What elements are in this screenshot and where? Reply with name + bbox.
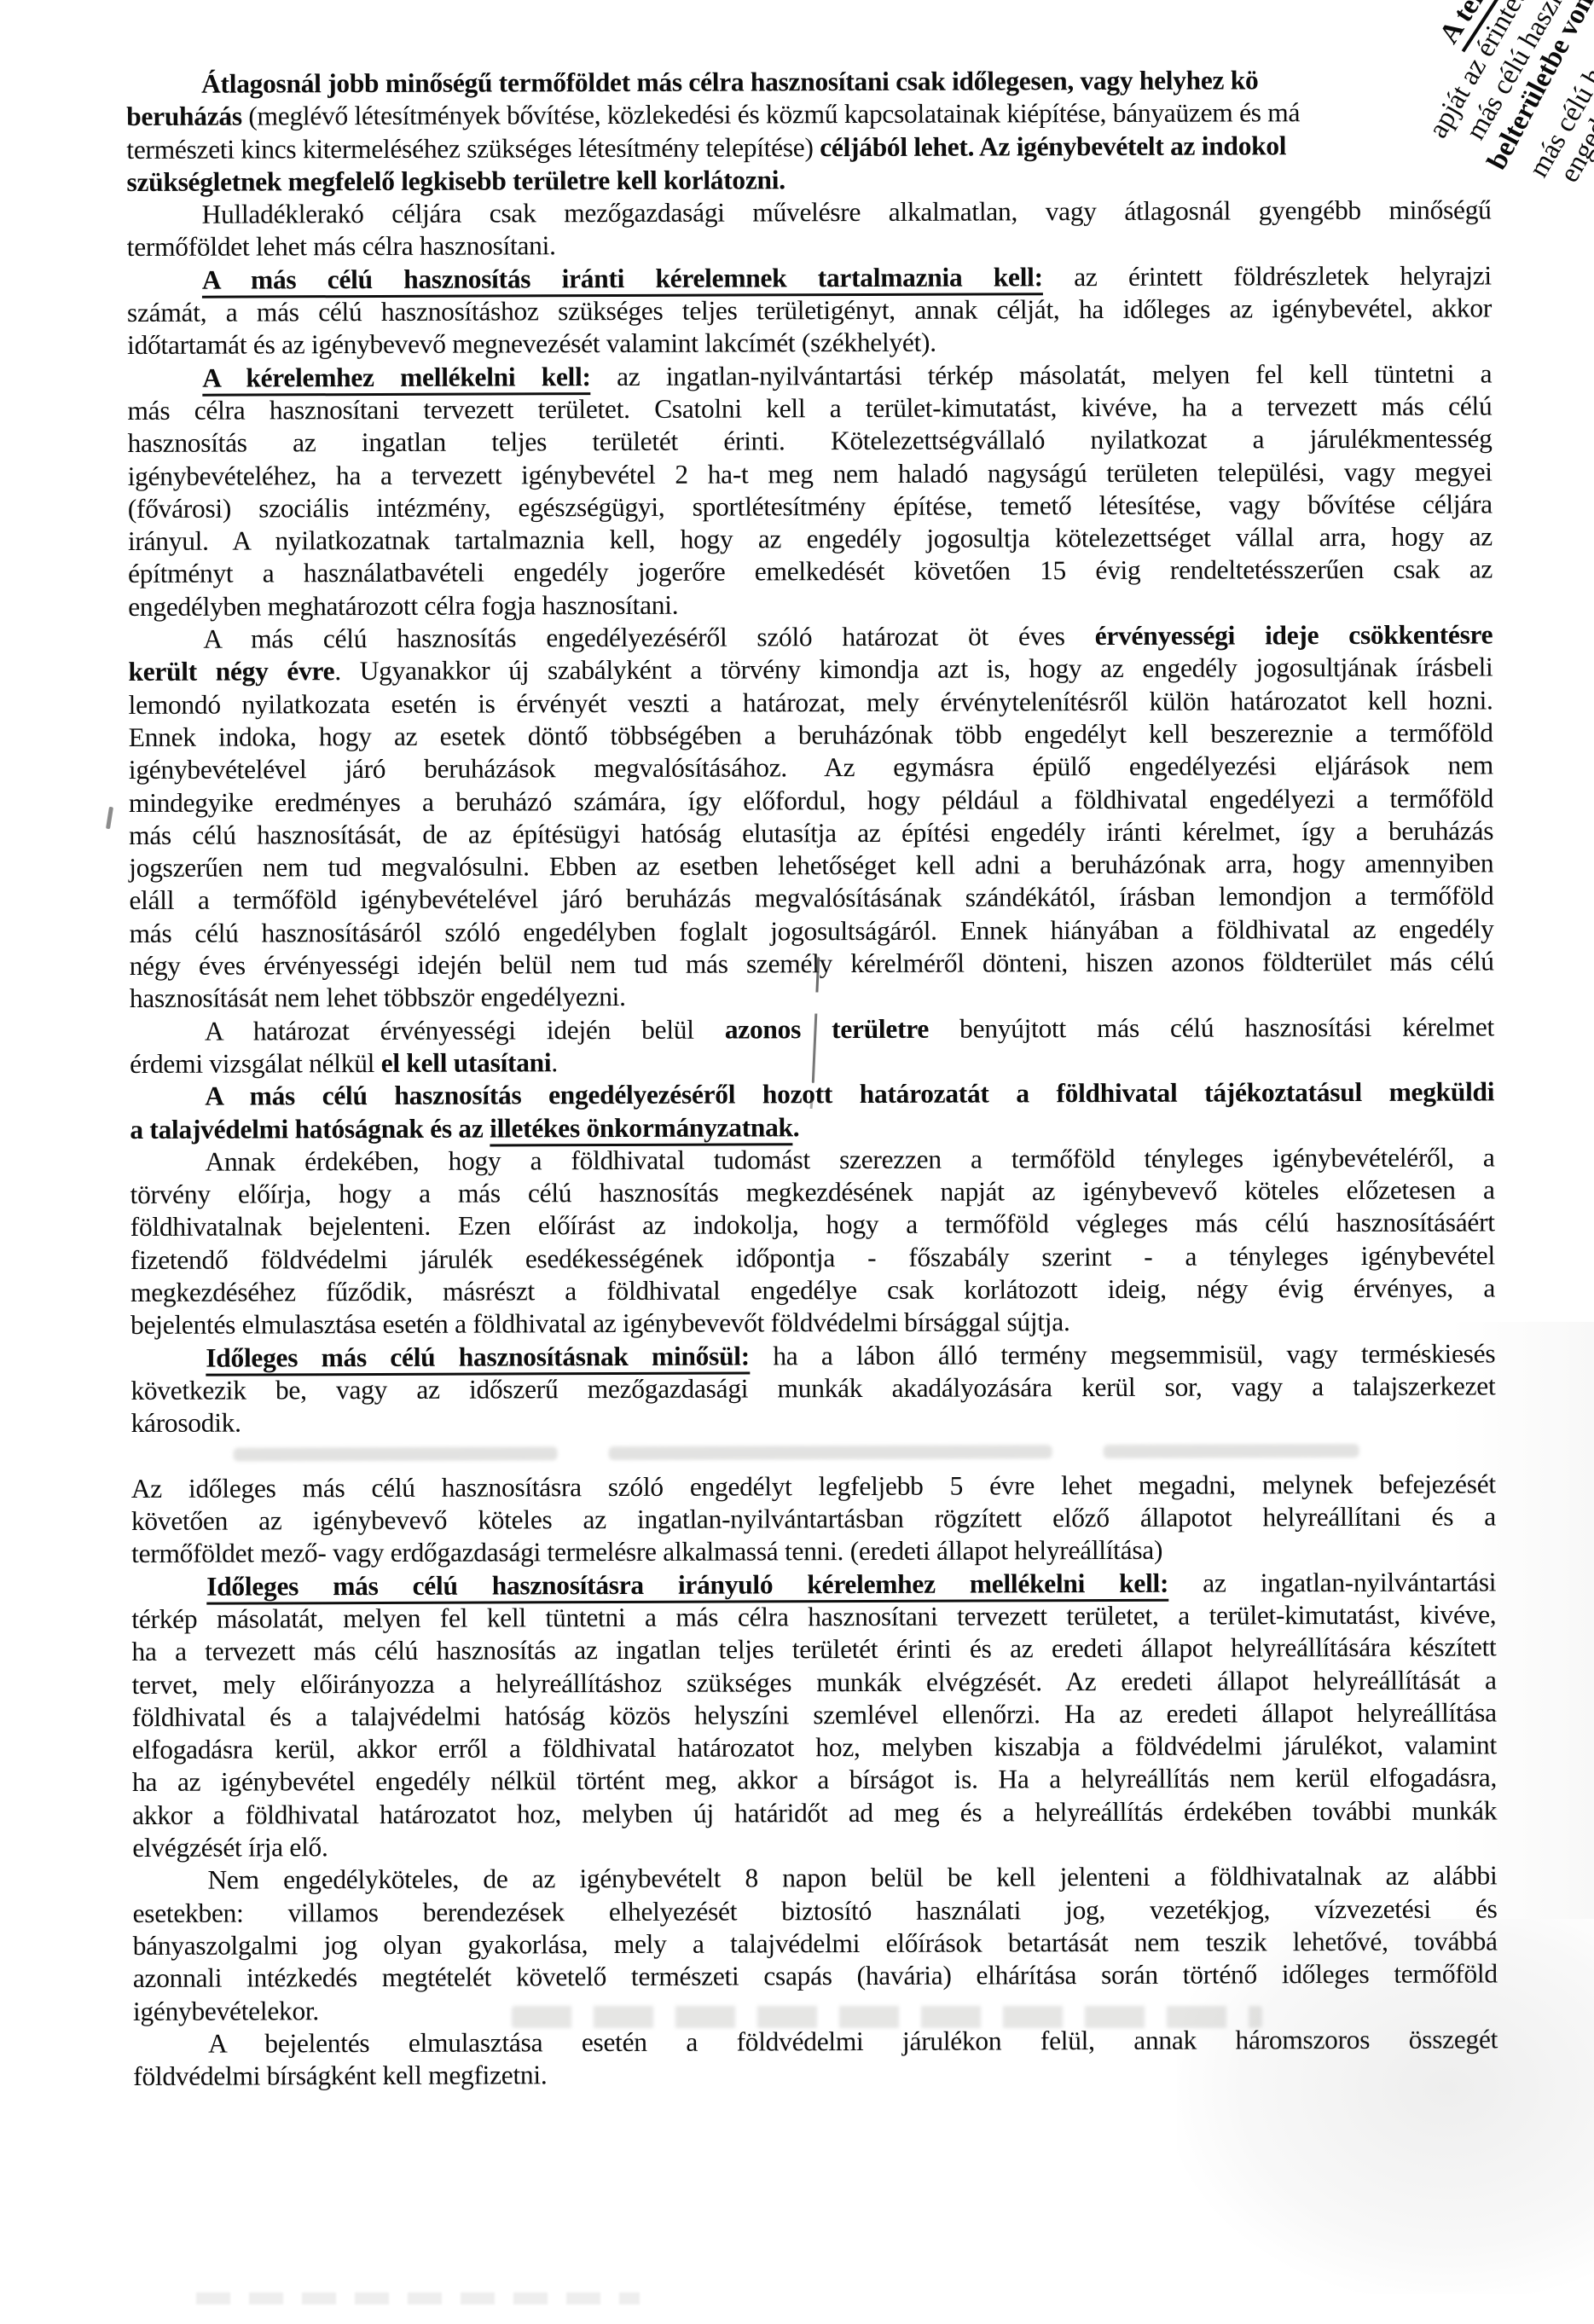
text-run: (fővárosi) szociális intézmény, egészség…	[128, 489, 1493, 524]
text-line: ha az igénybevétel engedély nélkül törté…	[132, 1762, 1497, 1800]
text-line: igénybevételéhez, ha a tervezett igénybe…	[128, 455, 1493, 493]
text-run: . Ugyanakkor új szabályként a törvény ki…	[334, 652, 1493, 687]
text-run: más célú hasznosítását, de az építésügyi…	[129, 815, 1493, 850]
text-run: .	[551, 1047, 558, 1077]
text-run: A más célú hasznosítás engedélyezéséről …	[203, 621, 1094, 654]
text-run: más célú hasznosításáról szóló engedélyb…	[129, 913, 1493, 948]
text-run: Átlagosnál jobb minőségű termőföldet más…	[201, 65, 1259, 98]
text-line: Az időleges más célú hasznosításra szóló…	[131, 1468, 1496, 1505]
text-run: tervet, mely előirányozza a helyreállítá…	[132, 1665, 1497, 1700]
text-line: számát, a más célú hasznosításhoz szüksé…	[127, 292, 1492, 329]
text-line: károsodik.	[130, 1403, 1495, 1440]
text-run: hasznosítás az ingatlan teljes területét…	[127, 424, 1492, 459]
text-line: lemondó nyilatkozata esetén is érvényét …	[129, 684, 1493, 722]
ghost-bar	[1104, 1444, 1359, 1458]
text-run: került négy évre	[128, 656, 334, 687]
text-line: szükségletnek megfelelő legkisebb terüle…	[126, 161, 1491, 199]
text-line: termőföldet lehet más célra hasznosítani…	[127, 227, 1492, 264]
rotated-fragment: engedé	[1554, 103, 1594, 188]
text-line: elfogadásra kerül, akkor erről a földhiv…	[132, 1730, 1497, 1767]
ghost-text-artifact	[512, 2006, 1262, 2028]
text-run: bejelentés elmulasztása esetén a földhiv…	[130, 1307, 1069, 1340]
text-line: más célra hasznosítani tervezett terület…	[127, 390, 1492, 427]
text-run: időtartamát és az igénybevevő megnevezés…	[127, 327, 936, 360]
text-run: az ingatlan-nyilvántartási	[1168, 1567, 1496, 1597]
text-run: követően az igénybevevő köteles az ingat…	[131, 1501, 1496, 1536]
text-run: érvényességi ideje csökkentésre	[1095, 619, 1493, 651]
text-run: Annak érdekében, hogy a földhivatal tudo…	[205, 1142, 1494, 1176]
text-run: A más célú hasznosítás iránti kérelemnek…	[202, 262, 1043, 298]
text-line: ha a tervezett más célú hasznosítás az i…	[131, 1631, 1496, 1669]
ghost-bar	[609, 1446, 1052, 1461]
text-run: az ingatlan-nyilvántartási térkép másola…	[591, 358, 1493, 391]
text-line: Időleges más célú hasznosításra irányuló…	[131, 1566, 1496, 1603]
text-line: a talajvédelmi hatóságnak és az illetéke…	[130, 1109, 1494, 1146]
text-run: mindegyike eredményes a beruházó számára…	[129, 783, 1493, 818]
text-line: beruházás (meglévő létesítmények bővítés…	[126, 96, 1491, 134]
text-run: földvédelmi bírságként kell megfizetni.	[133, 2060, 547, 2091]
text-run: illetékes önkormányzatnak	[490, 1112, 793, 1146]
text-run: törvény előírja, hogy a más célú hasznos…	[130, 1175, 1495, 1210]
text-run: igénybevételekor.	[133, 1996, 319, 2026]
text-line: más célú hasznosítását, de az építésügyi…	[129, 814, 1493, 852]
text-run: Ennek indoka, hogy az esetek döntő többs…	[129, 717, 1493, 752]
text-line: építményt a használatbavételi engedély j…	[128, 553, 1493, 591]
scan-smudge-bottom	[196, 2292, 640, 2304]
text-run: beruházás	[126, 101, 242, 131]
scan-smudge-bottom-right	[1177, 1919, 1594, 2294]
text-line: időtartamát és az igénybevevő megnevezés…	[127, 325, 1492, 362]
text-line: Annak érdekében, hogy a földhivatal tudo…	[130, 1141, 1494, 1179]
text-line: térkép másolatát, melyen fel kell tüntet…	[131, 1598, 1496, 1636]
text-run: termőföldet lehet más célra hasznosítani…	[127, 231, 556, 263]
text-run: négy éves érvényességi idején belül nem …	[130, 946, 1494, 981]
text-line: A kérelemhez mellékelni kell: az ingatla…	[127, 357, 1492, 395]
text-run: Időleges más célú hasznosításra irányuló…	[206, 1568, 1168, 1604]
text-run: ha a tervezett más célú hasznosítás az i…	[131, 1632, 1496, 1667]
text-run: fizetendő földvédelmi járulék esedékessé…	[130, 1240, 1495, 1275]
text-run: károsodik.	[130, 1408, 241, 1438]
text-line: bejelentés elmulasztása esetén a földhiv…	[130, 1305, 1495, 1342]
text-run: A határozat érvényességi idején belül	[205, 1014, 725, 1046]
text-run: azonos területre	[725, 1013, 929, 1044]
text-line: A más célú hasznosítás engedélyezéséről …	[128, 618, 1493, 656]
margin-mark-artifact	[106, 807, 113, 829]
text-run: földhivatalnak bejelenteni. Ezen előírás…	[130, 1208, 1495, 1243]
scan-smudge-right-edge	[1450, 1322, 1594, 1919]
text-run: lemondó nyilatkozata esetén is érvényét …	[129, 685, 1493, 720]
text-run: céljából lehet. Az igénybevételt az indo…	[820, 130, 1286, 162]
text-run: Az időleges más célú hasznosításra szóló…	[131, 1469, 1496, 1504]
text-run: elfogadásra kerül, akkor erről a földhiv…	[132, 1730, 1497, 1765]
text-line: Hulladéklerakó céljára csak mezőgazdaság…	[127, 194, 1492, 232]
text-run: más célra hasznosítani tervezett terület…	[127, 391, 1492, 426]
text-line: fizetendő földvédelmi járulék esedékessé…	[130, 1239, 1495, 1277]
text-run: igénybevételével járó beruházások megval…	[129, 751, 1493, 785]
text-line: A más célú hasznosítás iránti kérelemnek…	[127, 259, 1492, 297]
text-line: földhivatal és a talajvédelmi hatóság kö…	[132, 1696, 1497, 1734]
text-run: ha az igénybevétel engedély nélkül törté…	[132, 1763, 1497, 1798]
scanned-document-page: Átlagosnál jobb minőségű termőföldet más…	[0, 0, 1594, 2324]
text-run: földhivatal és a talajvédelmi hatóság kö…	[132, 1697, 1497, 1732]
text-line: követően az igénybevevő köteles az ingat…	[131, 1500, 1496, 1538]
text-run: irányul. A nyilatkozatnak tartalmaznia k…	[128, 522, 1493, 557]
text-line: tervet, mely előirányozza a helyreállítá…	[132, 1664, 1497, 1701]
text-run: engedélyben meghatározott célra fogja ha…	[128, 589, 678, 621]
text-run: Időleges más célú hasznosításnak minősül…	[206, 1341, 750, 1376]
text-line: hasznosítás az ingatlan teljes területét…	[127, 423, 1492, 461]
text-line: Időleges más célú hasznosításnak minősül…	[130, 1337, 1495, 1375]
text-run: benyújtott más célú hasznosítási kérelme…	[929, 1011, 1494, 1043]
text-run: Nem engedélyköteles, de az igénybevételt…	[207, 1861, 1497, 1895]
text-line: törvény előírja, hogy a más célú hasznos…	[130, 1174, 1495, 1212]
text-run: el kell utasítani	[381, 1047, 552, 1078]
text-line: földhivatalnak bejelenteni. Ezen előírás…	[130, 1207, 1495, 1244]
text-line: került négy évre. Ugyanakkor új szabályk…	[128, 652, 1493, 689]
text-line: Nem engedélyköteles, de az igénybevételt…	[132, 1860, 1497, 1898]
text-run: .	[793, 1112, 800, 1142]
text-run: természeti kincs kitermeléséhez szüksége…	[126, 132, 820, 165]
text-line: A határozat érvényességi idején belül az…	[130, 1011, 1494, 1048]
text-run: (meglévő létesítmények bővítése, közleke…	[242, 97, 1301, 130]
text-run: építményt a használatbavételi engedély j…	[128, 554, 1493, 589]
text-run: érdemi vizsgálat nélkül	[130, 1048, 381, 1079]
text-run: A más célú hasznosítás engedélyezéséről …	[205, 1077, 1494, 1111]
text-run: következik be, vagy az időszerű mezőgazd…	[130, 1371, 1495, 1405]
text-line: természeti kincs kitermeléséhez szüksége…	[126, 129, 1491, 166]
text-line: hasznosítását nem lehet többször engedél…	[130, 978, 1494, 1016]
text-line: más célú hasznosításáról szóló engedélyb…	[129, 913, 1493, 950]
text-run: térkép másolatát, melyen fel kell tüntet…	[131, 1599, 1496, 1634]
text-line: eláll a termőföld igénybevételével járó …	[129, 880, 1493, 918]
text-line: elvégzését írja elő.	[132, 1827, 1497, 1864]
text-run: elvégzését írja elő.	[132, 1832, 327, 1863]
text-line: megkezdéséhez fűződik, másrészt a földhi…	[130, 1272, 1495, 1309]
rotated-fragment: más célú h	[1523, 63, 1594, 183]
text-run: hasznosítását nem lehet többször engedél…	[130, 982, 626, 1013]
text-run: a talajvédelmi hatóságnak és az	[130, 1113, 490, 1144]
text-line: irányul. A nyilatkozatnak tartalmaznia k…	[128, 521, 1493, 559]
text-run: termőföldet mező- vagy erdőgazdasági ter…	[131, 1535, 1162, 1568]
text-line: akkor a földhivatal határozatot hoz, mel…	[132, 1794, 1497, 1832]
text-run: akkor a földhivatal határozatot hoz, mel…	[132, 1795, 1497, 1830]
text-run: megkezdéséhez fűződik, másrészt a földhi…	[130, 1272, 1495, 1307]
text-line: Ennek indoka, hogy az esetek döntő többs…	[129, 716, 1493, 754]
text-line: jogszerűen nem tud megvalósulni. Ebben a…	[129, 848, 1493, 885]
ghost-bar	[234, 1447, 558, 1462]
text-run: Hulladéklerakó céljára csak mezőgazdaság…	[202, 195, 1492, 229]
text-run: A kérelemhez mellékelni kell:	[202, 362, 591, 397]
text-line: igénybevételével járó beruházások megval…	[129, 750, 1493, 787]
text-line: mindegyike eredményes a beruházó számára…	[129, 782, 1493, 820]
rotated-fragment: A terü	[1434, 0, 1505, 52]
text-run: ha a lábon álló termény megsemmisül, vag…	[750, 1338, 1495, 1371]
text-run: eláll a termőföld igénybevételével járó …	[129, 881, 1493, 916]
text-run: jogszerűen nem tud megvalósulni. Ebben a…	[129, 849, 1493, 884]
text-run: szükségletnek megfelelő legkisebb terüle…	[126, 165, 785, 197]
text-run: igénybevételéhez, ha a tervezett igénybe…	[128, 456, 1493, 491]
ghost-text-artifact	[131, 1435, 1496, 1473]
text-line: (fővárosi) szociális intézmény, egészség…	[128, 488, 1493, 525]
text-run: az érintett földrészletek helyrajzi	[1043, 260, 1492, 292]
text-line: következik be, vagy az időszerű mezőgazd…	[130, 1370, 1495, 1407]
rotated-fragment: belterületbe voná	[1481, 0, 1594, 175]
text-line: engedélyben meghatározott célra fogja ha…	[128, 586, 1493, 623]
text-line: Átlagosnál jobb minőségű termőföldet más…	[126, 63, 1491, 101]
text-line: négy éves érvényességi idején belül nem …	[130, 945, 1494, 982]
text-run: számát, a más célú hasznosításhoz szüksé…	[127, 293, 1492, 327]
text-line: termőföldet mező- vagy erdőgazdasági ter…	[131, 1533, 1496, 1571]
